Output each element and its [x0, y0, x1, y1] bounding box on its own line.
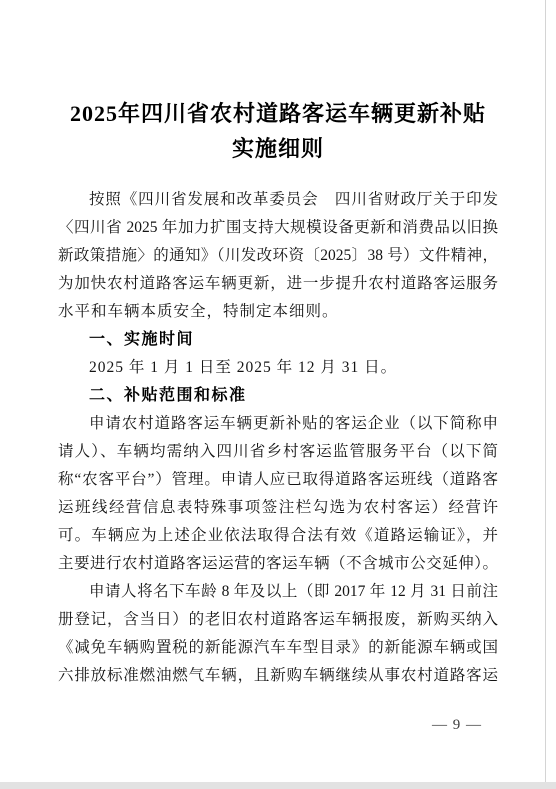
document-title-line-1: 2025年四川省农村道路客运车辆更新补贴 — [58, 96, 498, 131]
page-number: — 9 — — [432, 715, 482, 735]
paragraph-line: 2025 年 1 月 1 日至 2025 年 12 月 31 日。 — [58, 354, 498, 382]
paragraph-line: 〈四川省 2025 年加力扩围支持大规模设备更新和消费品以旧换 — [58, 214, 498, 242]
paragraph-line: 申请农村道路客运车辆更新补贴的客运企业（以下简称申 — [58, 410, 498, 438]
paragraph-line: 新政策措施〉的通知》（川发改环资〔2025〕38 号）文件精神， — [58, 242, 498, 270]
paragraph-line: 运班线经营信息表特殊事项签注栏勾选为农村客运）经营许 — [58, 494, 498, 522]
paragraph-line: 称“农客平台”）管理。申请人应已取得道路客运班线（道路客 — [58, 466, 498, 494]
paragraph-line: 册登记，含当日）的老旧农村道路客运车辆报废，新购买纳入 — [58, 606, 498, 634]
document-page: 2025年四川省农村道路客运车辆更新补贴 实施细则 按照《四川省发展和改革委员会… — [0, 0, 556, 789]
paragraph-line: 水平和车辆本质安全，特制定本细则。 — [58, 298, 498, 326]
document-content: 2025年四川省农村道路客运车辆更新补贴 实施细则 按照《四川省发展和改革委员会… — [58, 96, 498, 690]
page-gap-band — [0, 782, 556, 789]
paragraph-line: 《减免车辆购置税的新能源汽车车型目录》的新能源车辆或国 — [58, 634, 498, 662]
section-heading: 一、实施时间 — [58, 326, 498, 354]
paragraph-line: 为加快农村道路客运车辆更新，进一步提升农村道路客运服务 — [58, 270, 498, 298]
paragraph-line: 申请人将名下车龄 8 年及以上（即 2017 年 12 月 31 日前注 — [58, 578, 498, 606]
paragraph-line: 主要进行农村道路客运运营的客运车辆（不含城市公交延伸）。 — [58, 550, 498, 578]
paragraph-line: 请人）、车辆均需纳入四川省乡村客运监管服务平台（以下简 — [58, 438, 498, 466]
paragraph-line: 可。车辆应为上述企业依法取得合法有效《道路运输证》，并 — [58, 522, 498, 550]
document-title: 2025年四川省农村道路客运车辆更新补贴 实施细则 — [58, 96, 498, 166]
paragraph-line: 按照《四川省发展和改革委员会 四川省财政厅关于印发 — [58, 186, 498, 214]
page-right-edge-line — [545, 0, 546, 782]
paragraph-line: 六排放标准燃油燃气车辆，且新购车辆继续从事农村道路客运 — [58, 662, 498, 690]
document-title-line-2: 实施细则 — [58, 131, 498, 166]
section-heading: 二、补贴范围和标准 — [58, 382, 498, 410]
